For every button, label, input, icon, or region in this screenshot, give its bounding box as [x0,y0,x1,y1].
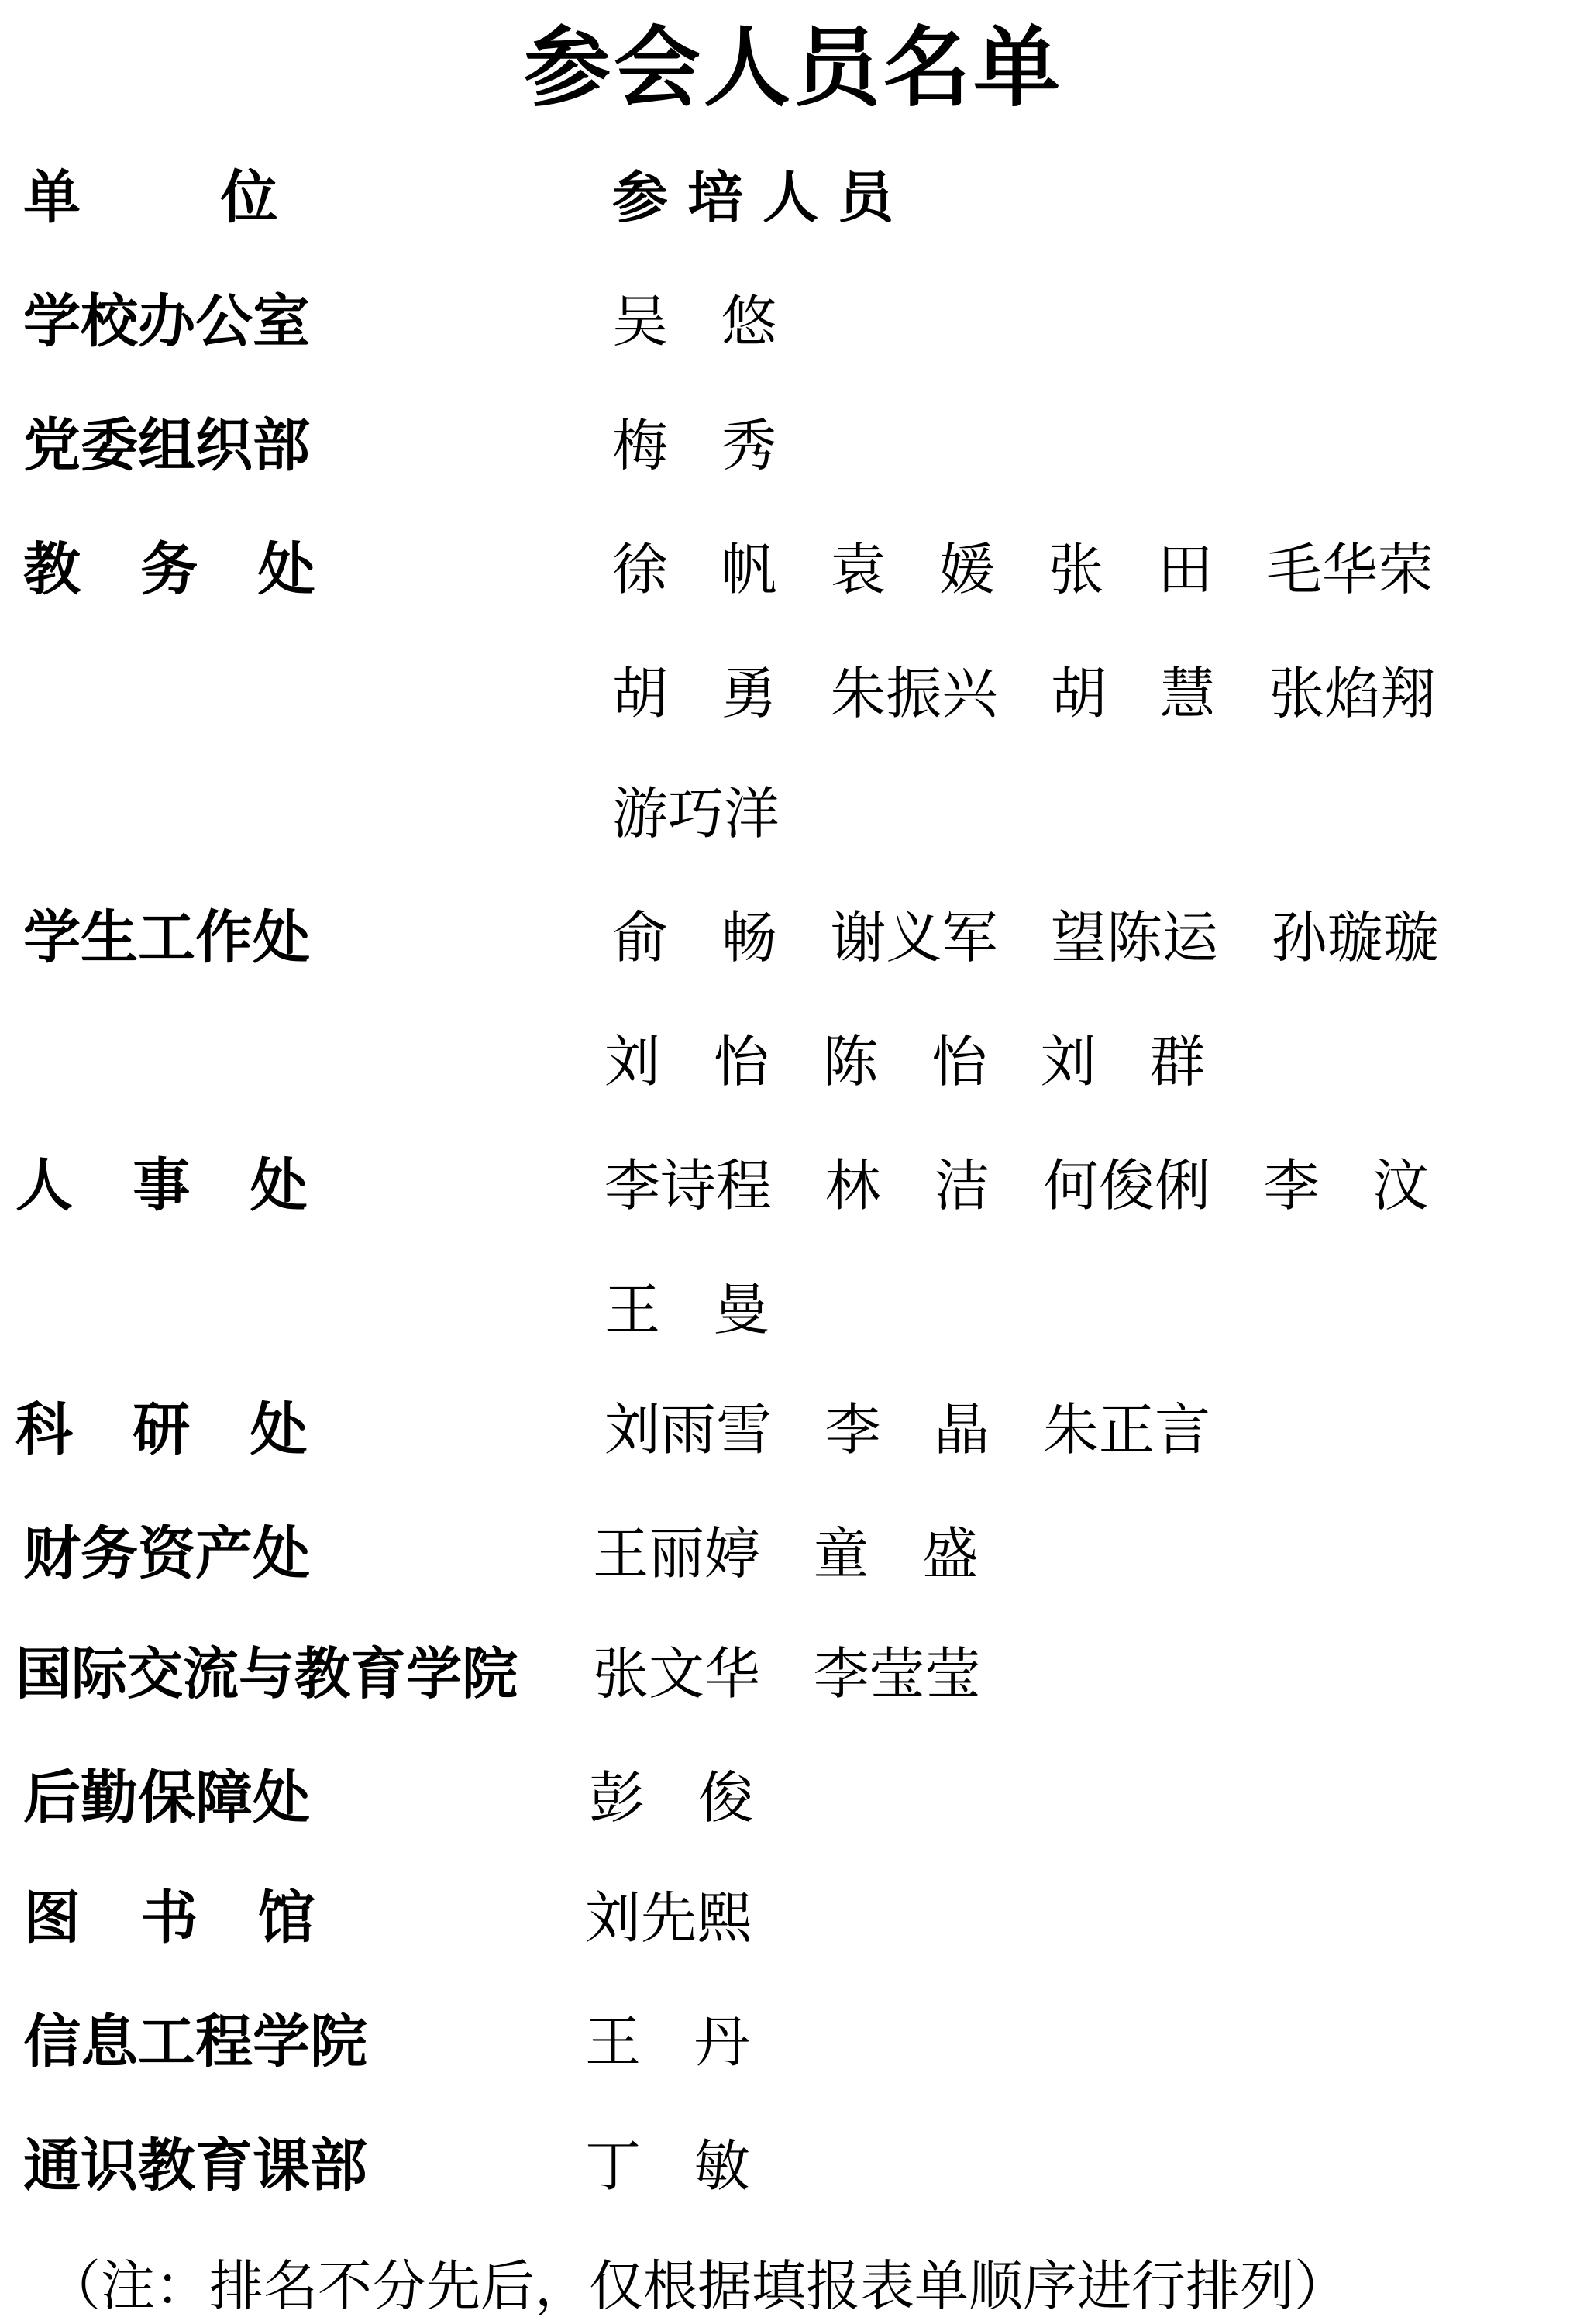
table-header: 单 位 参 培 人 员 [0,159,1587,236]
people-line: 刘先熙 [585,1879,752,1957]
people-line: 胡 勇 朱振兴 胡 慧 张焰翔 [612,655,1436,732]
table-row: 科 研 处 刘雨雪 李 晶 朱正言 [0,1391,1587,1468]
unit-name: 科 研 处 [15,1391,308,1468]
people-line: 王 曼 [604,1271,769,1348]
people-line: 吴 悠 [612,283,777,360]
people-line: 徐 帆 袁 媛 张 田 毛华荣 [612,531,1434,608]
people-line: 丁 敏 [585,2127,750,2205]
unit-name: 财务资产处 [23,1515,310,1592]
table-row: 党委组织部 梅 秀 [0,407,1587,484]
table-row: 学校办公室 吴 悠 [0,283,1587,360]
unit-name: 学生工作处 [23,899,310,976]
people-line: 俞 畅 谢义军 望陈运 孙璇璇 [612,899,1439,976]
table-row-continuation: 刘 怡 陈 怡 刘 群 [0,1023,1587,1100]
people-line: 刘雨雪 李 晶 朱正言 [604,1391,1210,1468]
header-people: 参 培 人 员 [612,159,893,236]
people-line: 李诗程 林 洁 何俊俐 李 汶 [604,1147,1428,1224]
unit-name: 信息工程学院 [23,2003,367,2081]
table-row: 后勤保障处 彭 俊 [0,1759,1587,1837]
unit-name: 图 书 馆 [23,1879,315,1957]
people-line: 游巧洋 [612,775,780,852]
footnote: （注：排名不分先后，仅根据填报表单顺序进行排列） [46,2247,1348,2324]
header-unit: 单 位 [23,159,277,236]
unit-name: 教 务 处 [23,531,315,608]
people-line: 王 丹 [585,2003,750,2081]
table-row: 国际交流与教育学院 张文华 李莹莹 [0,1635,1587,1713]
people-line: 刘 怡 陈 怡 刘 群 [604,1023,1205,1100]
table-row-continuation: 胡 勇 朱振兴 胡 慧 张焰翔 [0,655,1587,732]
unit-name: 国际交流与教育学院 [15,1635,518,1713]
table-row: 图 书 馆 刘先熙 [0,1879,1587,1957]
table-row-continuation: 王 曼 [0,1271,1587,1348]
unit-name: 人 事 处 [15,1147,308,1224]
table-row: 教 务 处 徐 帆 袁 媛 张 田 毛华荣 [0,531,1587,608]
page-title: 参会人员名单 [0,22,1587,115]
table-row: 财务资产处 王丽婷 童 盛 [0,1515,1587,1592]
table-row: 人 事 处 李诗程 林 洁 何俊俐 李 汶 [0,1147,1587,1224]
unit-name: 党委组织部 [23,407,310,484]
people-line: 梅 秀 [612,407,777,484]
unit-name: 学校办公室 [23,283,310,360]
people-line: 彭 俊 [589,1759,754,1837]
table-row: 通识教育课部 丁 敏 [0,2127,1587,2205]
table-row: 信息工程学院 王 丹 [0,2003,1587,2081]
people-line: 王丽婷 童 盛 [593,1515,978,1592]
table-row-continuation: 游巧洋 [0,775,1587,852]
table-row: 学生工作处 俞 畅 谢义军 望陈运 孙璇璇 [0,899,1587,976]
unit-name: 后勤保障处 [23,1759,310,1837]
unit-name: 通识教育课部 [23,2127,367,2205]
people-line: 张文华 李莹莹 [593,1635,981,1713]
